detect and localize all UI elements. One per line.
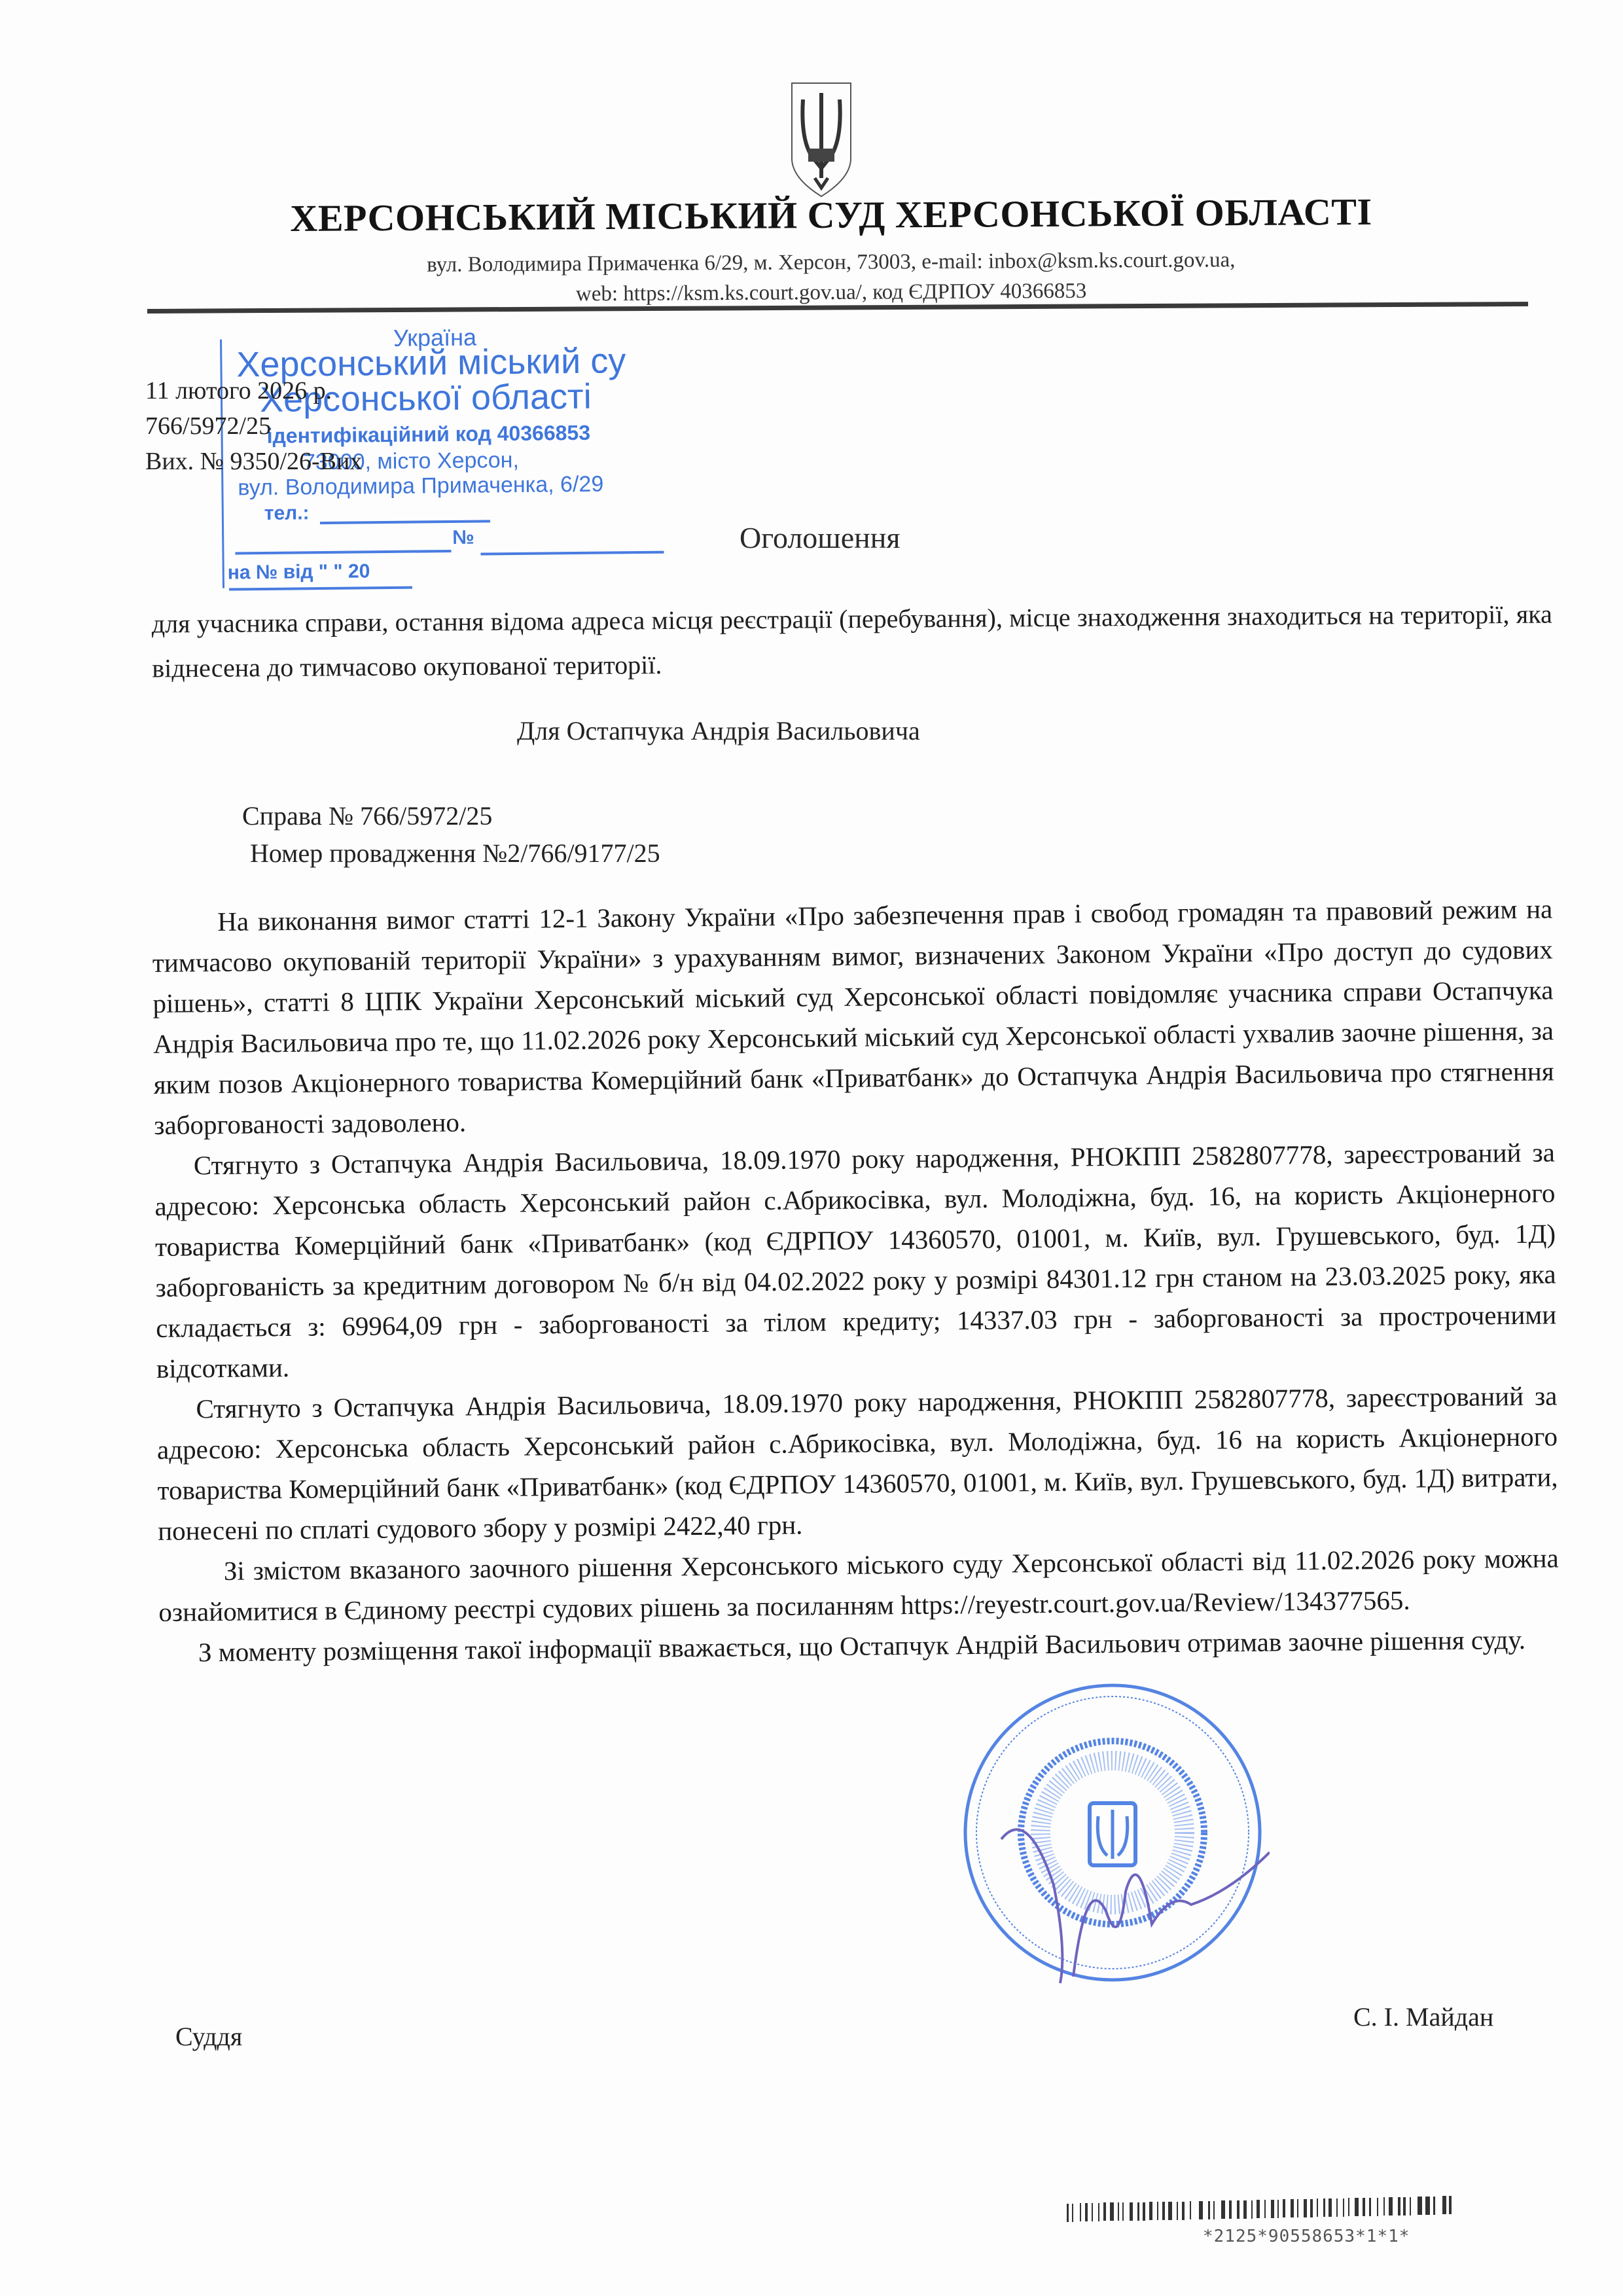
body-paragraph: Стягнуто з Остапчука Андрія Васильовича,… bbox=[154, 1132, 1557, 1389]
body-paragraph: Зі змістом вказаного заочного рішення Хе… bbox=[158, 1537, 1560, 1632]
announcement-intro: для учасника справи, остання відома адре… bbox=[152, 592, 1553, 691]
stamp-reply-label: на № від " " 20 bbox=[228, 560, 370, 584]
addressee: Для Остапчука Андрія Васильовича bbox=[517, 715, 920, 746]
judge-name: С. І. Майдан bbox=[1353, 2001, 1493, 2032]
body-paragraph: На виконання вимог статті 12-1 Закону Ук… bbox=[152, 888, 1554, 1145]
document-page: ХЕРСОНСЬКИЙ МІСЬКИЙ СУД ХЕРСОНСЬКОЇ ОБЛА… bbox=[0, 0, 1623, 2296]
document-meta: 11 лютого 2026 р. 766/5972/25 Вих. № 935… bbox=[145, 373, 362, 479]
stamp-phone-label: тел.: bbox=[264, 502, 310, 525]
court-seal-icon bbox=[955, 1676, 1270, 1990]
trident-icon bbox=[789, 80, 854, 198]
stamp-line bbox=[229, 586, 412, 591]
barcode-text: *2125*90558653*1*1* bbox=[1203, 2227, 1410, 2246]
court-name: ХЕРСОНСЬКИЙ МІСЬКИЙ СУД ХЕРСОНСЬКОЇ ОБЛА… bbox=[288, 190, 1374, 240]
announcement-title: Оголошення bbox=[740, 520, 901, 555]
court-address: вул. Володимира Примаченка 6/29, м. Херс… bbox=[275, 244, 1388, 311]
stamp-line bbox=[320, 520, 490, 524]
stamp-line bbox=[480, 551, 664, 556]
stamp-line bbox=[235, 550, 451, 554]
proceeding-number: Номер провадження №2/766/9177/25 bbox=[250, 838, 660, 869]
barcode-icon bbox=[1060, 2196, 1571, 2222]
judge-label: Суддя bbox=[175, 2021, 242, 2052]
announcement-body: На виконання вимог статті 12-1 Закону Ук… bbox=[152, 888, 1560, 1672]
body-paragraph: Стягнуто з Остапчука Андрія Васильовича,… bbox=[156, 1375, 1558, 1551]
stamp-number-label: № bbox=[452, 527, 474, 549]
document-date: 11 лютого 2026 р. bbox=[145, 373, 362, 408]
outgoing-number: Вих. № 9350/26-Вих bbox=[145, 444, 362, 479]
case-reference: 766/5972/25 bbox=[145, 408, 362, 444]
case-number: Справа № 766/5972/25 bbox=[242, 800, 492, 831]
